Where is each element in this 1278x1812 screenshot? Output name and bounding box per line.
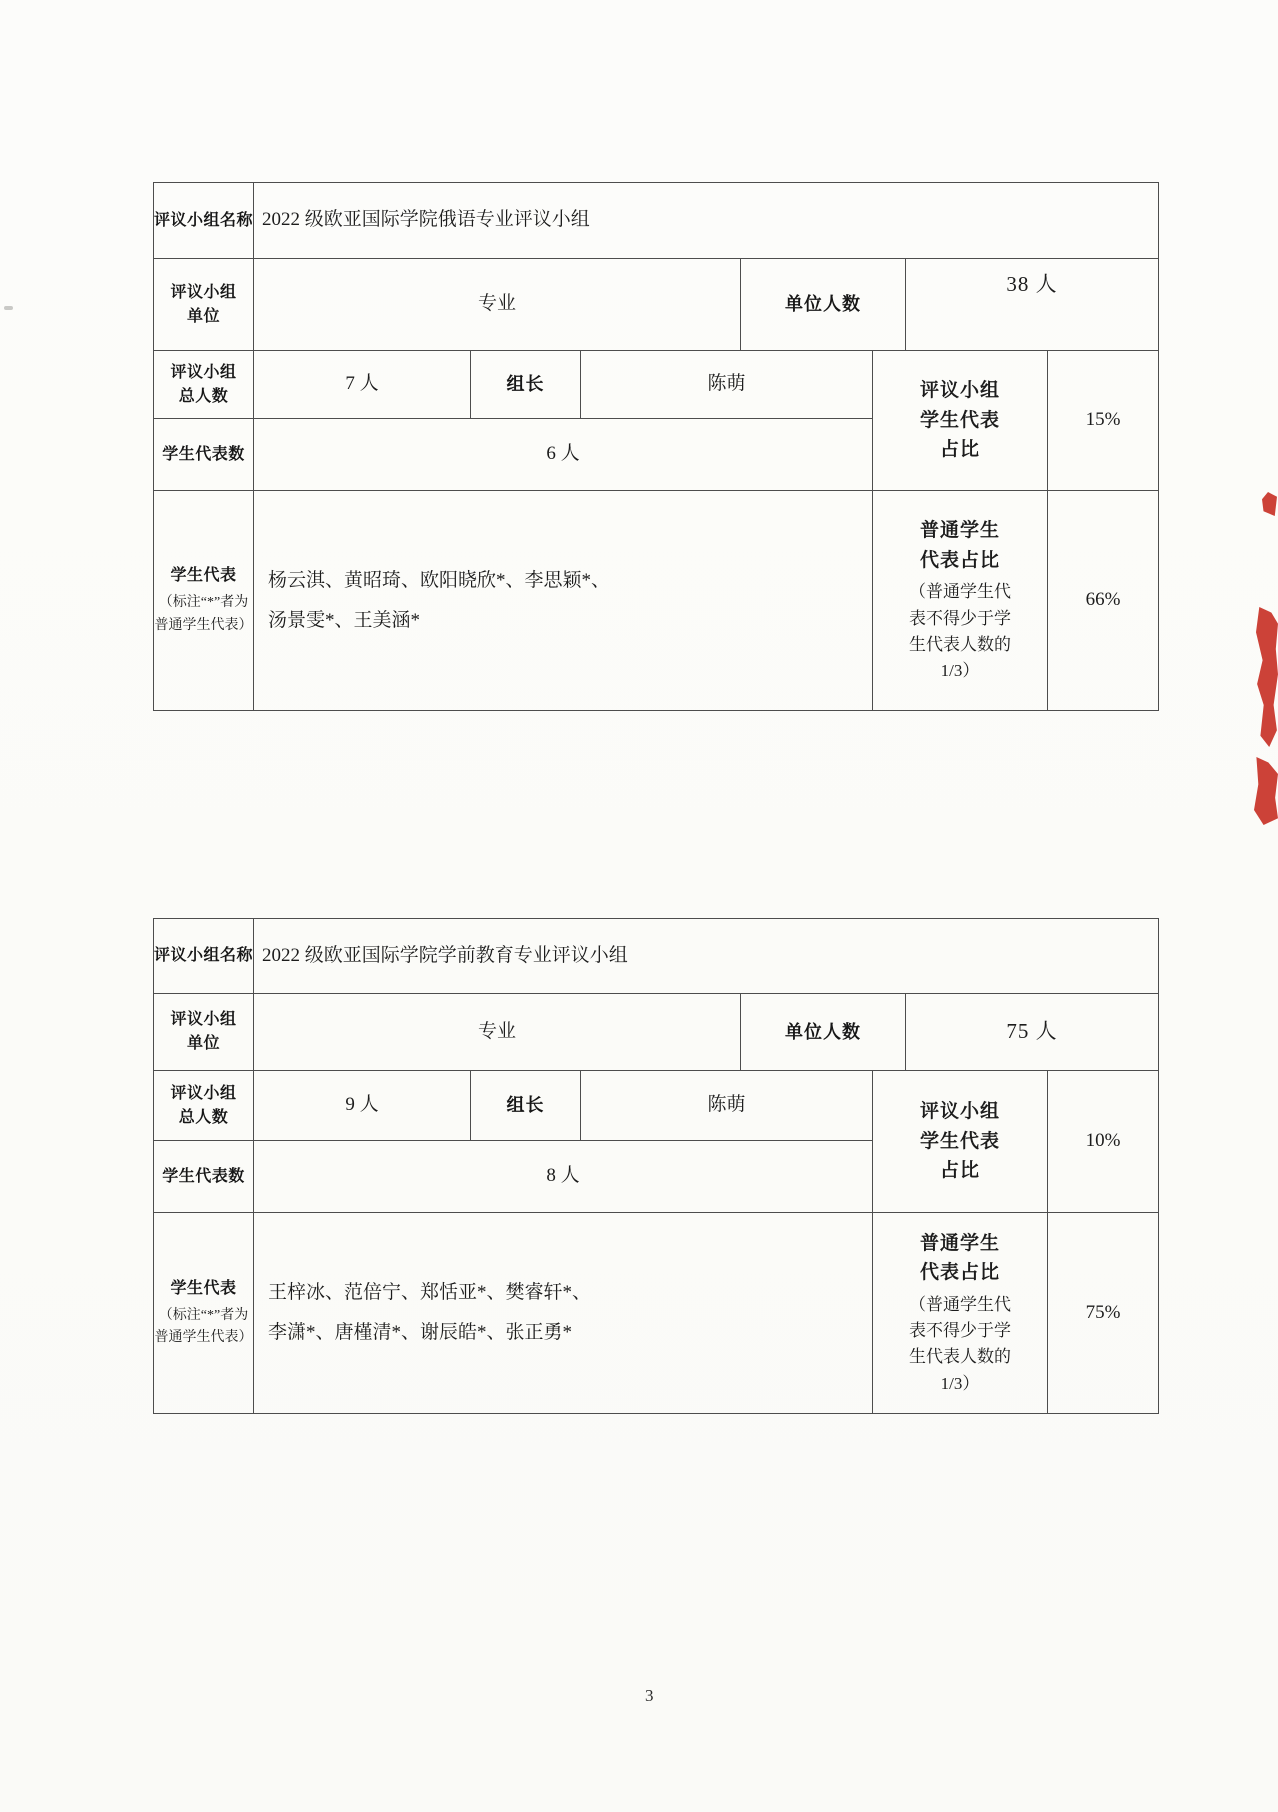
student-rep-names: 王梓冰、范倍宁、郑恬亚*、樊睿轩*、 李潇*、唐槿清*、谢辰皓*、张正勇* — [254, 1213, 873, 1414]
total-count-value: 7 人 — [254, 351, 471, 419]
student-rep-count-label: 学生代表数 — [154, 419, 254, 491]
total-count-value: 9 人 — [254, 1071, 471, 1141]
student-rep-label-title: 学生代表 — [170, 564, 236, 588]
student-rep-count-value: 6 人 — [254, 419, 873, 491]
group-unit-label: 评议小组 单位 — [154, 994, 254, 1071]
unit-count-value: 75 人 — [906, 994, 1159, 1071]
document-page: 评议小组名称 2022 级欧亚国际学院俄语专业评议小组 评议小组 单位 专业 单… — [0, 0, 1278, 1812]
ordinary-ratio-label-note: （普通学生代 表不得少于学 生代表人数的 1/3） — [909, 1292, 1011, 1397]
page-number: 3 — [645, 1686, 654, 1706]
student-rep-count-label: 学生代表数 — [154, 1141, 254, 1213]
group-name-value: 2022 级欧亚国际学院俄语专业评议小组 — [254, 183, 1159, 259]
rep-ratio-value: 10% — [1048, 1071, 1159, 1213]
student-rep-count-value: 8 人 — [254, 1141, 873, 1213]
group-unit-value: 专业 — [254, 259, 741, 351]
total-count-label: 评议小组 总人数 — [154, 1071, 254, 1141]
student-rep-label: 学生代表 （标注“*”者为 普通学生代表） — [154, 1213, 254, 1414]
rep-ratio-label: 评议小组 学生代表 占比 — [873, 351, 1048, 491]
seal-fragment — [1254, 757, 1278, 825]
student-rep-names: 杨云淇、黄昭琦、欧阳晓欣*、李思颖*、 汤景雯*、王美涵* — [254, 491, 873, 711]
group-unit-value: 专业 — [254, 994, 741, 1071]
student-rep-label-title: 学生代表 — [170, 1277, 236, 1301]
scan-artifact — [4, 306, 13, 310]
student-rep-label-note: （标注“*”者为 普通学生代表） — [155, 592, 253, 637]
group-name-label: 评议小组名称 — [154, 919, 254, 994]
ordinary-ratio-value: 66% — [1048, 491, 1159, 711]
student-rep-label: 学生代表 （标注“*”者为 普通学生代表） — [154, 491, 254, 711]
group-name-label: 评议小组名称 — [154, 183, 254, 259]
leader-value: 陈萌 — [581, 351, 873, 419]
ordinary-ratio-label: 普通学生 代表占比 （普通学生代 表不得少于学 生代表人数的 1/3） — [873, 491, 1048, 711]
total-count-label: 评议小组 总人数 — [154, 351, 254, 419]
seal-fragment — [1256, 607, 1278, 747]
unit-count-value: 38 人 — [906, 259, 1159, 351]
review-group-table-1: 评议小组名称 2022 级欧亚国际学院俄语专业评议小组 评议小组 单位 专业 单… — [153, 182, 1159, 711]
leader-value: 陈萌 — [581, 1071, 873, 1141]
ordinary-ratio-value: 75% — [1048, 1213, 1159, 1414]
unit-count-label: 单位人数 — [741, 259, 906, 351]
ordinary-ratio-label-title: 普通学生 代表占比 — [920, 1229, 1000, 1288]
seal-fragment — [1262, 492, 1277, 516]
leader-label: 组长 — [471, 351, 581, 419]
ordinary-ratio-label-title: 普通学生 代表占比 — [920, 516, 1000, 575]
rep-ratio-value: 15% — [1048, 351, 1159, 491]
ordinary-ratio-label: 普通学生 代表占比 （普通学生代 表不得少于学 生代表人数的 1/3） — [873, 1213, 1048, 1414]
ordinary-ratio-label-note: （普通学生代 表不得少于学 生代表人数的 1/3） — [909, 579, 1011, 684]
leader-label: 组长 — [471, 1071, 581, 1141]
group-unit-label: 评议小组 单位 — [154, 259, 254, 351]
review-group-table-2: 评议小组名称 2022 级欧亚国际学院学前教育专业评议小组 评议小组 单位 专业… — [153, 918, 1159, 1414]
unit-count-label: 单位人数 — [741, 994, 906, 1071]
student-rep-label-note: （标注“*”者为 普通学生代表） — [155, 1305, 253, 1350]
rep-ratio-label: 评议小组 学生代表 占比 — [873, 1071, 1048, 1213]
group-name-value: 2022 级欧亚国际学院学前教育专业评议小组 — [254, 919, 1159, 994]
